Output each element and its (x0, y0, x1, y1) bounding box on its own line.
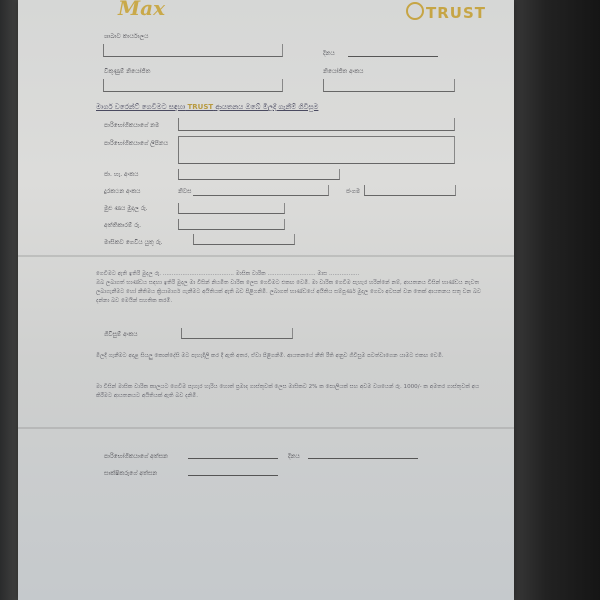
form-paper: Max TRUST ශාඛාව කාර්යාලය දිනය විකුණුම් න… (18, 0, 514, 600)
signature-date-label: දිනය (288, 453, 300, 461)
witness-signature-field[interactable] (188, 475, 278, 476)
date-label: දිනය (323, 50, 335, 58)
months-label: මාස (317, 271, 327, 277)
paper-fold (18, 427, 514, 429)
agent-no-field[interactable] (323, 79, 455, 92)
heading-text: මාර්ග වරෙන්ට් ගෙවීමට සඳහා (96, 103, 185, 111)
phone-home-label: නිවස (178, 188, 192, 196)
phone-label: දුරකථන අංකය (104, 188, 140, 196)
signature-date-field[interactable] (308, 458, 418, 459)
customer-address-field[interactable] (178, 136, 455, 164)
branch-label: ශාඛාව කාර්යාලය (104, 33, 148, 41)
branch-field[interactable] (103, 44, 283, 57)
paper-fold (18, 255, 514, 257)
heading-text: ආයතනය ඔබේ මිලදී ගැනීම් ගිවිසුම (215, 103, 318, 111)
balance-label: ගෙවීමට ඇති ඉතිරි මුදල රු. (96, 271, 161, 277)
terms-text: ඔබ ලබාගත් භාණ්ඩය සඳහා ඉතිරි මුදල මා විසි… (96, 280, 481, 304)
monthly-label: මාසිකව ගෙවිය යුතු රු. (104, 239, 163, 247)
trust-logo-text: TRUST (426, 4, 486, 22)
installment-paragraph: ගෙවීමට ඇති ඉතිරි මුදල රු. ..............… (96, 270, 481, 306)
background-right (510, 0, 600, 600)
max-logo: Max (118, 0, 165, 20)
phone-home-field[interactable] (193, 185, 329, 196)
customer-signature-label: පාරිභෝගිකයාගේ අත්සන (104, 453, 168, 461)
monthly-field[interactable] (193, 234, 295, 245)
down-payment-field[interactable] (178, 219, 285, 230)
date-field[interactable] (348, 56, 438, 57)
phone-mobile-field[interactable] (364, 185, 456, 196)
agent-no-label: නියෝජිත අංකය (323, 68, 364, 76)
installment-label: මාසික වාරික (236, 271, 266, 277)
loan-amount-field[interactable] (178, 203, 285, 214)
trust-emblem-icon (406, 2, 424, 20)
form-heading: මාර්ග වරෙන්ට් ගෙවීමට සඳහා TRUST ආයතනය ඔබ… (96, 103, 318, 112)
heading-brand: TRUST (188, 103, 214, 111)
customer-name-label: පාරිභෝගිකයාගේ නම (104, 122, 159, 130)
conditions-paragraph: මිලදී ගැනීමට අදාළ සියලු කොන්දේසි මට පැහැ… (96, 352, 481, 361)
agreement-no-field[interactable] (181, 328, 293, 339)
nic-label: ජා. හැ. අංකය (104, 171, 138, 179)
witness-signature-label: සාක්ෂිකරුගේ අත්සන (104, 470, 157, 478)
penalty-paragraph: මා විසින් මාසික වාරික කාලයට ගෙවීම පැහැර … (96, 383, 481, 401)
trust-logo: TRUST (406, 2, 486, 22)
nic-field[interactable] (178, 169, 340, 180)
customer-signature-field[interactable] (188, 458, 278, 459)
agent-field[interactable] (103, 79, 283, 92)
down-payment-label: අත්තිකාරම් රු. (104, 222, 141, 230)
phone-mobile-label: ජංගම (346, 188, 360, 196)
customer-name-field[interactable] (178, 118, 455, 131)
customer-address-label: පාරිභෝගිකයාගේ ලිපිනය (104, 140, 168, 148)
agent-label: විකුණුම් නියෝජිත (104, 68, 150, 76)
loan-amount-label: මුළු ණය මුදල රු. (104, 205, 148, 213)
agreement-no-label: ගිවිසුම් අංකය (104, 331, 138, 339)
